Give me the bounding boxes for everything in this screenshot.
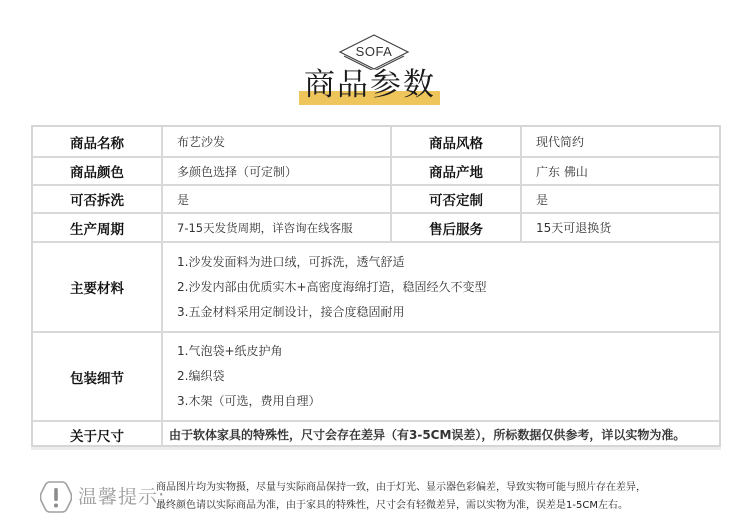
- materials-line: 2.沙发内部由优质实木+高密度海绵打造，稳固经久不变型: [177, 275, 487, 300]
- row-label: 商品产地: [390, 158, 520, 184]
- table-row: 生产周期 7-15天发货周期，详咨询在线客服 售后服务 15天可退换货: [33, 214, 719, 243]
- notice-label: 温馨提示:: [78, 482, 165, 512]
- notice-text: 商品图片均为实物摄，尽量与实际商品保持一致，由于灯光、显示器色彩偏差，导致实物可…: [156, 479, 746, 515]
- table-row: 可否拆洗 是 可否定制 是: [33, 186, 719, 214]
- materials-line: 1.沙发发面料为进口绒，可拆洗，透气舒适: [177, 250, 404, 275]
- materials-label: 主要材料: [33, 243, 161, 331]
- row-label: 售后服务: [390, 214, 520, 241]
- materials-list: 1.沙发发面料为进口绒，可拆洗，透气舒适 2.沙发内部由优质实木+高密度海绵打造…: [161, 243, 719, 331]
- table-row: 商品名称 布艺沙发 商品风格 现代简约: [33, 127, 719, 158]
- table-row-size: 关于尺寸 由于软体家具的特殊性，尺寸会存在差异（有3-5CM误差），所标数据仅供…: [33, 422, 719, 447]
- row-value: 现代简约: [520, 127, 719, 156]
- row-value: 是: [520, 186, 719, 212]
- row-label: 商品名称: [33, 127, 161, 156]
- size-value: 由于软体家具的特殊性，尺寸会存在差异（有3-5CM误差），所标数据仅供参考，详以…: [161, 422, 719, 447]
- table-row-packaging: 包装细节 1.气泡袋+纸皮护角 2.编织袋 3.木架（可选，费用自理）: [33, 333, 719, 422]
- notice: 温馨提示: 商品图片均为实物摄，尽量与实际商品保持一致，由于灯光、显示器色彩偏差…: [40, 478, 740, 518]
- row-label: 生产周期: [33, 214, 161, 241]
- page-header: SOFA 商品参数: [0, 0, 750, 115]
- row-value: 7-15天发货周期，详咨询在线客服: [161, 214, 390, 241]
- row-label: 可否定制: [390, 186, 520, 212]
- row-label: 可否拆洗: [33, 186, 161, 212]
- warning-hexagon-icon: [40, 480, 72, 514]
- materials-line: 3.五金材料采用定制设计，接合度稳固耐用: [177, 300, 404, 325]
- packaging-label: 包装细节: [33, 333, 161, 420]
- row-label: 商品风格: [390, 127, 520, 156]
- packaging-line: 2.编织袋: [177, 364, 224, 389]
- row-value: 布艺沙发: [161, 127, 390, 156]
- packaging-line: 3.木架（可选，费用自理）: [177, 389, 320, 414]
- table-row: 商品颜色 多颜色选择（可定制） 商品产地 广东 佛山: [33, 158, 719, 186]
- row-value: 多颜色选择（可定制）: [161, 158, 390, 184]
- notice-line: 商品图片均为实物摄，尽量与实际商品保持一致，由于灯光、显示器色彩偏差，导致实物可…: [156, 479, 746, 497]
- packaging-list: 1.气泡袋+纸皮护角 2.编织袋 3.木架（可选，费用自理）: [161, 333, 719, 420]
- row-value: 15天可退换货: [520, 214, 719, 241]
- packaging-line: 1.气泡袋+纸皮护角: [177, 339, 283, 364]
- row-value: 是: [161, 186, 390, 212]
- page-title: 商品参数: [290, 65, 450, 105]
- row-value: 广东 佛山: [520, 158, 719, 184]
- table-shadow: [31, 447, 721, 450]
- spec-table: 商品名称 布艺沙发 商品风格 现代简约 商品颜色 多颜色选择（可定制） 商品产地…: [31, 125, 721, 447]
- size-label: 关于尺寸: [33, 422, 161, 447]
- notice-line: 最终颜色请以实际商品为准，由于家具的特殊性，尺寸会有轻微差异，需以实物为准，误差…: [156, 497, 746, 515]
- table-row-materials: 主要材料 1.沙发发面料为进口绒，可拆洗，透气舒适 2.沙发内部由优质实木+高密…: [33, 243, 719, 333]
- row-label: 商品颜色: [33, 158, 161, 184]
